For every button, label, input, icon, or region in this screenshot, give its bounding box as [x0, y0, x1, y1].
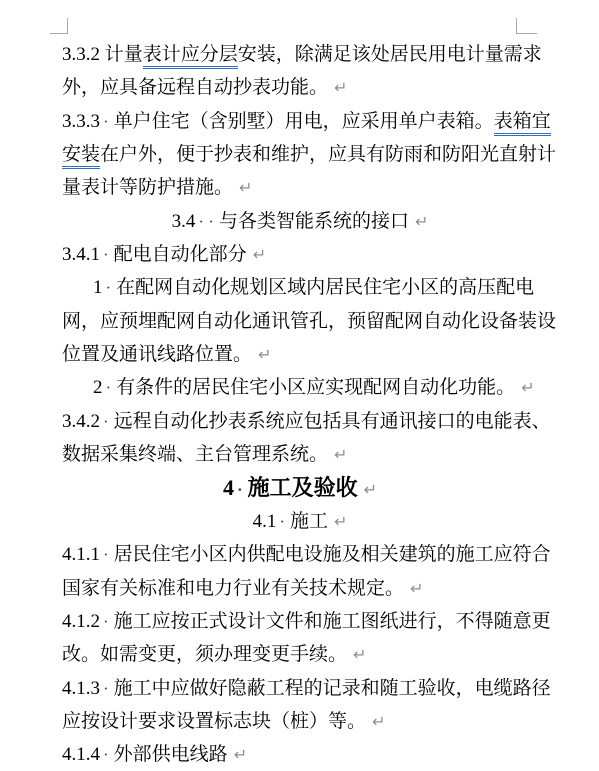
text-segment: 3.4: [172, 211, 196, 232]
paragraph-mark-icon: ↵: [521, 378, 534, 397]
text-segment: 施工中应做好隐蔽工程的记录和随工验收，电缆路径: [114, 678, 551, 699]
space-format-mark: ·: [103, 245, 109, 264]
paragraph-mark-icon: ↵: [334, 445, 347, 464]
text-line[interactable]: 3.4.1·配电自动化部分↵: [62, 238, 567, 271]
text-segment: 位置及通讯线路位置。: [62, 344, 252, 365]
text-segment: 4.1.1: [62, 544, 100, 565]
text-segment: 3.4.1: [62, 244, 100, 265]
text-line[interactable]: 网，应预埋配网自动化通讯管孔，预留配网自动化设备装设: [62, 305, 567, 338]
text-segment: 居民住宅小区内供配电设施及相关建筑的施工应符合: [114, 544, 551, 565]
space-format-mark: ·: [103, 412, 109, 431]
text-segment: 国家有关标准和电力行业有关技术规定。: [62, 578, 404, 599]
space-format-mark: ·: [237, 480, 243, 499]
space-format-mark: ·: [103, 745, 109, 764]
space-format-mark: ·: [103, 545, 109, 564]
text-segment: 3.3.2 计量: [62, 44, 143, 65]
text-line[interactable]: 3.3.3·单户住宅（含别墅）用电，应采用单户表箱。表箱宜: [62, 105, 567, 138]
text-segment: 施工应按正式设计文件和施工图纸进行，不得随意更: [114, 611, 551, 632]
text-line[interactable]: 3.3.2 计量表计应分层安装，除满足该处居民用电计量需求: [62, 38, 567, 71]
proofing-underlined-text: 表计应分层: [143, 44, 238, 69]
text-segment: 4.1.4: [62, 744, 100, 765]
text-segment: 3.4.2: [62, 411, 100, 432]
paragraph-mark-icon: ↵: [364, 480, 377, 499]
text-segment: 4.1.3: [62, 678, 100, 699]
paragraph-mark-icon: ↵: [258, 345, 271, 364]
proofing-underlined-text: 表箱宜: [494, 111, 551, 136]
text-line[interactable]: 4.1.4·外部供电线路↵: [62, 738, 567, 771]
text-segment: 安装，除满足该处居民用电计量需求: [238, 44, 542, 65]
text-line[interactable]: 2·有条件的居民住宅小区应实现配网自动化功能。↵: [62, 371, 567, 404]
text-segment: 改。如需变更，须办理变更手续。: [62, 644, 347, 665]
heading-line[interactable]: 4·施工及验收↵: [62, 471, 538, 504]
text-line[interactable]: 4.1.1·居民住宅小区内供配电设施及相关建筑的施工应符合: [62, 538, 567, 571]
text-segment: 4: [223, 475, 234, 500]
text-line[interactable]: 国家有关标准和电力行业有关技术规定。↵: [62, 572, 567, 605]
text-segment: 外部供电线路: [114, 744, 228, 765]
document-page: 3.3.2 计量表计应分层安装，除满足该处居民用电计量需求外，应具备远程自动抄表…: [0, 0, 599, 771]
text-line[interactable]: 4.1.3·施工中应做好隐蔽工程的记录和随工验收，电缆路径: [62, 672, 567, 705]
text-line[interactable]: 量表计等防护措施。↵: [62, 171, 567, 204]
text-line[interactable]: 4.1.2·施工应按正式设计文件和施工图纸进行，不得随意更: [62, 605, 567, 638]
space-format-mark: · ·: [198, 212, 214, 231]
paragraph-mark-icon: ↵: [239, 178, 252, 197]
document-body[interactable]: 3.3.2 计量表计应分层安装，除满足该处居民用电计量需求外，应具备远程自动抄表…: [62, 38, 567, 771]
text-segment: 3.3.3: [62, 111, 100, 132]
space-format-mark: ·: [106, 278, 112, 297]
space-format-mark: ·: [103, 612, 109, 631]
paragraph-mark-icon: ↵: [415, 212, 428, 231]
paragraph-mark-icon: ↵: [353, 645, 366, 664]
text-line[interactable]: 3.4.2·远程自动化抄表系统应包括具有通讯接口的电能表、: [62, 405, 567, 438]
space-format-mark: ·: [279, 512, 285, 531]
proofing-underlined-text: 安装: [62, 144, 100, 169]
text-segment: 在配网自动化规划区域内居民住宅小区的高压配电: [116, 277, 534, 298]
text-line[interactable]: 3.4· ·与各类智能系统的接口↵: [62, 205, 538, 238]
paragraph-mark-icon: ↵: [372, 712, 385, 731]
text-segment: 施工及验收: [248, 475, 358, 500]
text-line[interactable]: 改。如需变更，须办理变更手续。↵: [62, 638, 567, 671]
text-segment: 4.1: [253, 511, 277, 532]
text-boundary-mark-top-left: [50, 18, 68, 34]
paragraph-mark-icon: ↵: [234, 745, 247, 764]
text-line[interactable]: 安装在户外，便于抄表和维护，应具有防雨和防阳光直射计: [62, 138, 567, 171]
text-line[interactable]: 4.1·施工↵: [62, 505, 538, 538]
space-format-mark: ·: [106, 378, 112, 397]
text-segment: 应按设计要求设置标志块（桩）等。: [62, 711, 366, 732]
text-segment: 1: [93, 277, 103, 298]
text-line[interactable]: 数据采集终端、主台管理系统。↵: [62, 438, 567, 471]
paragraph-mark-icon: ↵: [334, 512, 347, 531]
paragraph-mark-icon: ↵: [410, 579, 423, 598]
text-segment: 外，应具备远程自动抄表功能。: [62, 77, 328, 98]
text-line[interactable]: 应按设计要求设置标志块（桩）等。↵: [62, 705, 567, 738]
text-segment: 2: [93, 377, 103, 398]
text-segment: 网，应预埋配网自动化通讯管孔，预留配网自动化设备装设: [62, 311, 556, 332]
text-segment: 与各类智能系统的接口: [219, 211, 409, 232]
paragraph-mark-icon: ↵: [334, 78, 347, 97]
paragraph-mark-icon: ↵: [253, 245, 266, 264]
text-boundary-mark-top-right: [516, 18, 537, 34]
text-segment: 数据采集终端、主台管理系统。: [62, 444, 328, 465]
text-segment: 有条件的居民住宅小区应实现配网自动化功能。: [116, 377, 515, 398]
text-segment: 单户住宅（含别墅）用电，应采用单户表箱。: [114, 111, 494, 132]
text-segment: 远程自动化抄表系统应包括具有通讯接口的电能表、: [114, 411, 551, 432]
text-segment: 在户外，便于抄表和维护，应具有防雨和防阳光直射计: [100, 144, 556, 165]
text-segment: 4.1.2: [62, 611, 100, 632]
space-format-mark: ·: [103, 112, 109, 131]
text-segment: 量表计等防护措施。: [62, 177, 233, 198]
text-line[interactable]: 1·在配网自动化规划区域内居民住宅小区的高压配电: [62, 271, 567, 304]
text-segment: 施工: [290, 511, 328, 532]
space-format-mark: ·: [103, 679, 109, 698]
text-segment: 配电自动化部分: [114, 244, 247, 265]
text-line[interactable]: 外，应具备远程自动抄表功能。↵: [62, 71, 567, 104]
text-line[interactable]: 位置及通讯线路位置。↵: [62, 338, 567, 371]
